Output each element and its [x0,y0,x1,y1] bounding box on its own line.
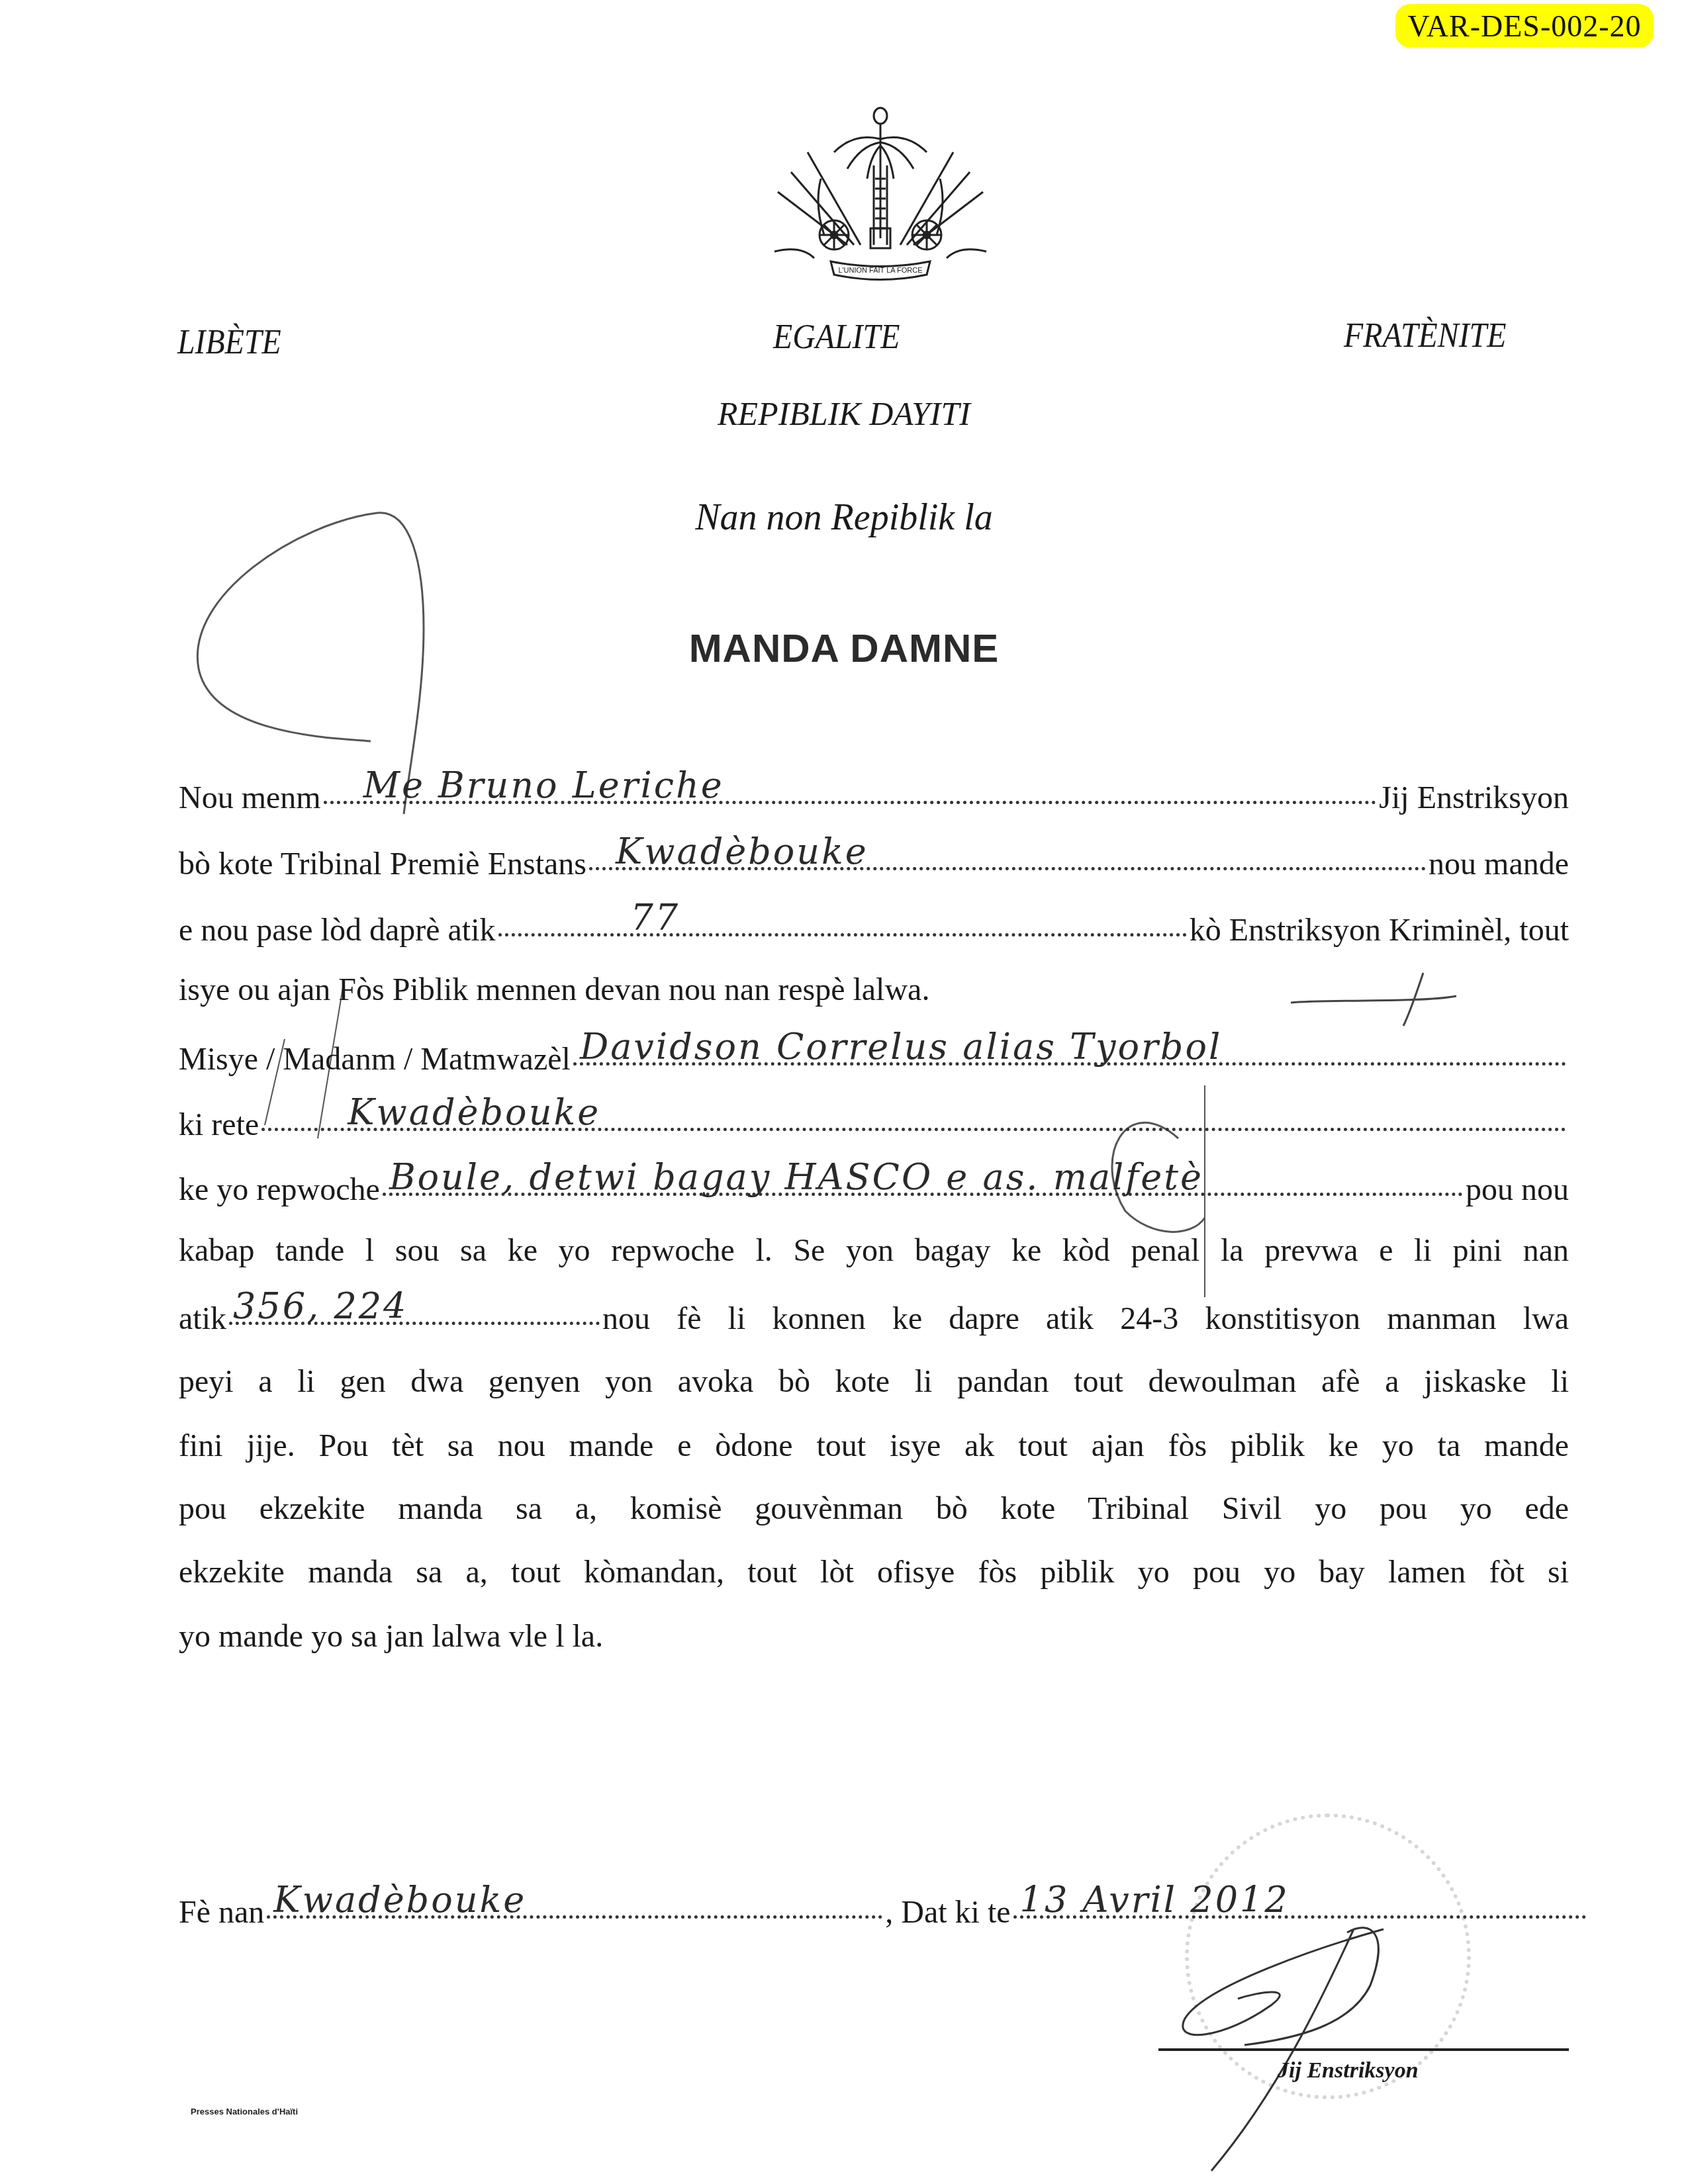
article-value: 77 [631,897,680,938]
printer-credit: Presses Nationales d'Haïti [191,2107,298,2116]
tribunal-suffix: nou mande [1429,846,1569,882]
country-name: REPIBLIK DAYITI [0,394,1688,433]
body-line: fini jije. Pou tèt sa nou mande e òdone … [179,1428,1569,1464]
form-line-judge: Nou menm Me Bruno Leriche Jij Enstriksyo… [179,780,1569,816]
motto-libete: LIBÈTE [177,323,281,362]
date-label: , Dat ki te [885,1894,1010,1931]
form-line-penal-article: atik 356, 224 nou fè li konnen ke dapre … [179,1300,1569,1337]
person-name-value: Davidson Correlus alias Tyorbol [580,1026,1222,1068]
form-line-residence: ki rete Kwadèbouke [179,1107,1569,1143]
motto-egalite: EGALITE [773,318,900,357]
form-line-tribunal: bò kote Tribinal Premiè Enstans Kwadèbou… [179,846,1569,882]
judge-name-value: Me Bruno Leriche [363,764,724,806]
charges-field[interactable]: Boule, detwi bagay HASCO e as. malfetè [383,1193,1463,1196]
penal-article-field[interactable]: 356, 224 [229,1322,600,1325]
penal-article-suffix: nou fè li konnen ke dapre atik 24-3 kons… [602,1300,1569,1337]
body-line: pou ekzekite manda sa a, komisè gouvènma… [179,1490,1569,1527]
signature-label: Jij Enstriksyon [1278,2058,1419,2083]
motto-fratenite: FRATÈNITE [1344,316,1506,355]
penal-article-value: 356, 224 [233,1285,408,1327]
body-line: peyi a li gen dwa genyen yon avoka bò ko… [179,1363,1569,1400]
person-label: Misye / Madanm / Matmwazèl [179,1041,571,1077]
signature-line [1158,2048,1569,2051]
body-line: yo mande yo sa jan lalwa vle l la. [179,1618,1569,1655]
tribunal-value: Kwadèbouke [616,831,868,872]
article-suffix: kò Enstriksyon Kriminèl, tout [1190,912,1569,948]
form-line-article: e nou pase lòd daprè atik 77 kò Enstriks… [179,912,1569,948]
article-field[interactable]: 77 [498,933,1187,936]
charges-value: Boule, detwi bagay HASCO e as. malfetè [389,1156,1203,1198]
charges-label: ke yo repwoche [179,1171,380,1208]
haiti-coat-of-arms-icon: L'UNION FAIT LA FORCE [761,93,1000,291]
penal-article-label: atik [179,1300,226,1337]
residence-label: ki rete [179,1107,259,1143]
place-value: Kwadèbouke [273,1879,526,1921]
tribunal-field[interactable]: Kwadèbouke [589,867,1426,870]
article-label: e nou pase lòd daprè atik [179,912,496,948]
place-field[interactable]: Kwadèbouke [267,1915,882,1919]
residence-field[interactable]: Kwadèbouke [261,1128,1566,1131]
body-line-penal-code: kabap tande l sou sa ke yo repwoche l. S… [179,1232,1569,1269]
judge-title-label: Jij Enstriksyon [1379,780,1569,816]
date-field[interactable]: 13 Avril 2012 [1013,1915,1586,1919]
form-line-order: isye ou ajan Fòs Piblik mennen devan nou… [179,972,1569,1008]
charges-suffix: pou nou [1466,1171,1569,1208]
invocation: Nan non Repiblik la [0,496,1688,539]
form-line-place-date: Fè nan Kwadèbouke , Dat ki te 13 Avril 2… [179,1894,1589,1931]
court-seal-stamp [1185,1813,1471,2099]
judge-label: Nou menm [179,780,321,816]
form-line-charges: ke yo repwoche Boule, detwi bagay HASCO … [179,1171,1569,1208]
tribunal-label: bò kote Tribinal Premiè Enstans [179,846,586,882]
page-title: MANDA DAMNE [0,625,1688,671]
svg-text:L'UNION FAIT LA FORCE: L'UNION FAIT LA FORCE [838,267,922,275]
place-label: Fè nan [179,1894,264,1931]
body-line: ekzekite manda sa a, tout kòmandan, tout… [179,1554,1569,1590]
judge-name-field[interactable]: Me Bruno Leriche [324,801,1377,804]
residence-value: Kwadèbouke [348,1091,600,1133]
form-line-person: Misye / Madanm / Matmwazèl Davidson Corr… [179,1041,1569,1077]
date-value: 13 Avril 2012 [1020,1879,1289,1921]
document-id-badge: VAR-DES-002-20 [1395,4,1654,48]
person-name-field[interactable]: Davidson Correlus alias Tyorbol [573,1062,1566,1066]
